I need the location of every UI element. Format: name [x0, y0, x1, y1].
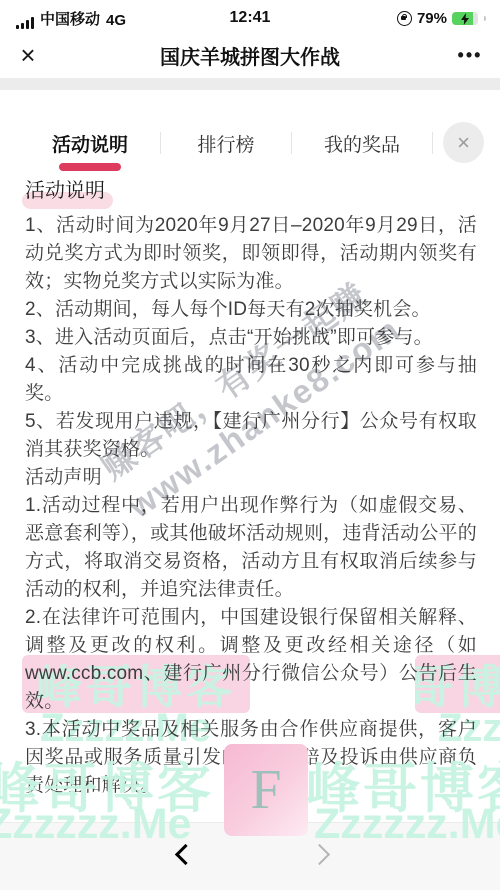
watermark-logo-letter: F [250, 758, 281, 822]
more-menu-icon[interactable]: ••• [440, 45, 500, 66]
watermark-site-url: Zzzzzz.Me [314, 800, 500, 849]
close-icon[interactable]: × [0, 32, 56, 78]
panel-close-icon[interactable]: × [443, 122, 484, 163]
tab-separator [432, 132, 433, 154]
battery-charging-icon [452, 12, 478, 25]
watermark-logo: F [224, 744, 308, 836]
rule-paragraph: 1、活动时间为2020年9月27日–2020年9月29日，活动兑奖方式为即时领奖… [25, 212, 477, 296]
page-title: 国庆羊城拼图大作战 [70, 41, 430, 70]
battery-percent-label: 79% [417, 10, 447, 27]
navigation-bar: × 国庆羊城拼图大作战 ••• [0, 32, 500, 78]
divider [0, 78, 500, 90]
tab-label: 活动说明 [52, 135, 128, 156]
rules-text: 1、活动时间为2020年9月27日–2020年9月29日，活动兑奖方式为即时领奖… [25, 212, 477, 800]
section-heading-text: 活动说明 [25, 180, 105, 202]
tab-my-prizes[interactable]: 我的奖品 [292, 130, 432, 157]
tab-label: 我的奖品 [324, 135, 400, 156]
tab-activity-rules[interactable]: 活动说明 [20, 130, 160, 157]
rule-paragraph: 2、活动期间，每人每个ID每天有2次抽奖机会。 [25, 296, 477, 324]
battery-nub [484, 16, 486, 21]
rule-paragraph: 3、进入活动页面后，点击“开始挑战”即可参与。 [25, 324, 477, 352]
orientation-lock-icon [397, 11, 412, 26]
section-heading: 活动说明 [25, 174, 105, 203]
app-window: 中国移动 4G 12:41 79% × 国庆羊城拼图大作战 ••• 活动说明 排… [0, 0, 500, 890]
rule-paragraph: 4、活动中完成挑战的时间在30秒之内即可参与抽奖。 [25, 352, 477, 408]
rule-paragraph: 活动声明 [25, 464, 477, 492]
status-bar: 中国移动 4G 12:41 79% [0, 0, 500, 32]
tab-label: 排行榜 [197, 135, 254, 156]
tab-bar: 活动说明 排行榜 我的奖品 × [0, 120, 500, 166]
active-tab-indicator [59, 163, 121, 171]
rule-paragraph: 2.在法律许可范围内，中国建设银行保留相关解释、调整及更改的权利。调整及更改经相… [25, 604, 477, 716]
watermark-site-url: Zzzzzz.Me [0, 800, 191, 849]
rule-paragraph: 1.活动过程中，若用户出现作弊行为（如虚假交易、恶意套利等），或其他破坏活动规则… [25, 492, 477, 604]
tab-leaderboard[interactable]: 排行榜 [161, 130, 291, 157]
rule-paragraph: 5、若发现用户违规，【建行广州分行】公众号有权取消其获奖资格。 [25, 408, 477, 464]
